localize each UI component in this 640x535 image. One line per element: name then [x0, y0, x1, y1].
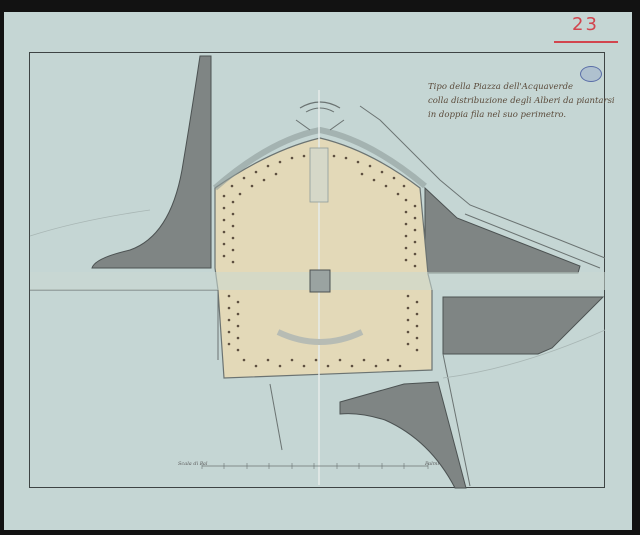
central-monument — [310, 270, 330, 292]
building-block-right-upper — [425, 188, 580, 273]
building-block-left — [92, 56, 211, 268]
scale-unit: Palmi — [425, 461, 439, 467]
street-diagonal-bottom — [270, 384, 282, 450]
sheet-number-underline — [554, 41, 618, 43]
title-line-2: colla distribuzione degli Alberi da pian… — [428, 94, 608, 108]
sheet-number: 23 — [572, 14, 599, 35]
street-left — [30, 290, 218, 360]
scale-label: Scala di Pal — [178, 461, 208, 467]
title-line-1: Tipo della Piazza dell'Acquaverde — [428, 80, 608, 94]
map-title: Tipo della Piazza dell'Acquaverde colla … — [428, 80, 608, 122]
building-block-right-lower — [443, 297, 603, 354]
central-walkway — [310, 148, 328, 202]
fountain-exedra — [300, 102, 340, 108]
paper-crease — [30, 210, 150, 236]
building-block-bottom — [340, 382, 466, 488]
scale-bar — [202, 463, 428, 469]
title-line-3: in doppia fila nel suo perimetro. — [428, 108, 608, 122]
